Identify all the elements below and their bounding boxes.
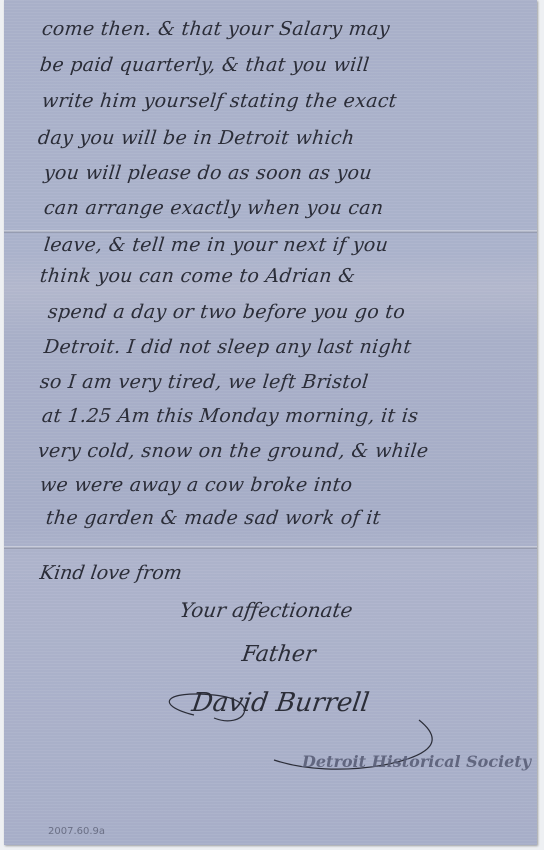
letter-line: at 1.25 Am this Monday morning, it is: [41, 405, 420, 427]
letter-line: the garden & made sad work of it: [45, 507, 382, 529]
letter-line: write him yourself stating the exact: [41, 90, 398, 112]
letter-line: can arrange exactly when you can: [43, 197, 385, 219]
letter-line: spend a day or two before you go to: [47, 301, 406, 323]
letter-line: day you will be in Detroit which: [37, 127, 356, 149]
letter-line: so I am very tired, we left Bristol: [39, 371, 370, 393]
letter-page: come then. & that your Salary may be pai…: [4, 0, 537, 845]
paper-fold: [4, 546, 537, 549]
paper-fold: [4, 230, 537, 233]
letter-line: be paid quarterly, & that you will: [39, 54, 371, 76]
letter-line: you will please do as soon as you: [43, 162, 373, 184]
letter-line: leave, & tell me in your next if you: [43, 234, 389, 256]
closing-salutation: Kind love from: [38, 562, 183, 584]
letter-line: Detroit. I did not sleep any last night: [43, 336, 413, 358]
catalog-number: 2007.60.9a: [48, 826, 105, 837]
watermark: Detroit Historical Society: [302, 752, 531, 771]
letter-line: think you can come to Adrian &: [39, 265, 357, 287]
letter-line: come then. & that your Salary may: [41, 18, 391, 40]
closing-line: Your affectionate: [178, 598, 354, 622]
letter-line: very cold, snow on the ground, & while: [37, 440, 430, 462]
letter-line: we were away a cow broke into: [39, 474, 354, 496]
